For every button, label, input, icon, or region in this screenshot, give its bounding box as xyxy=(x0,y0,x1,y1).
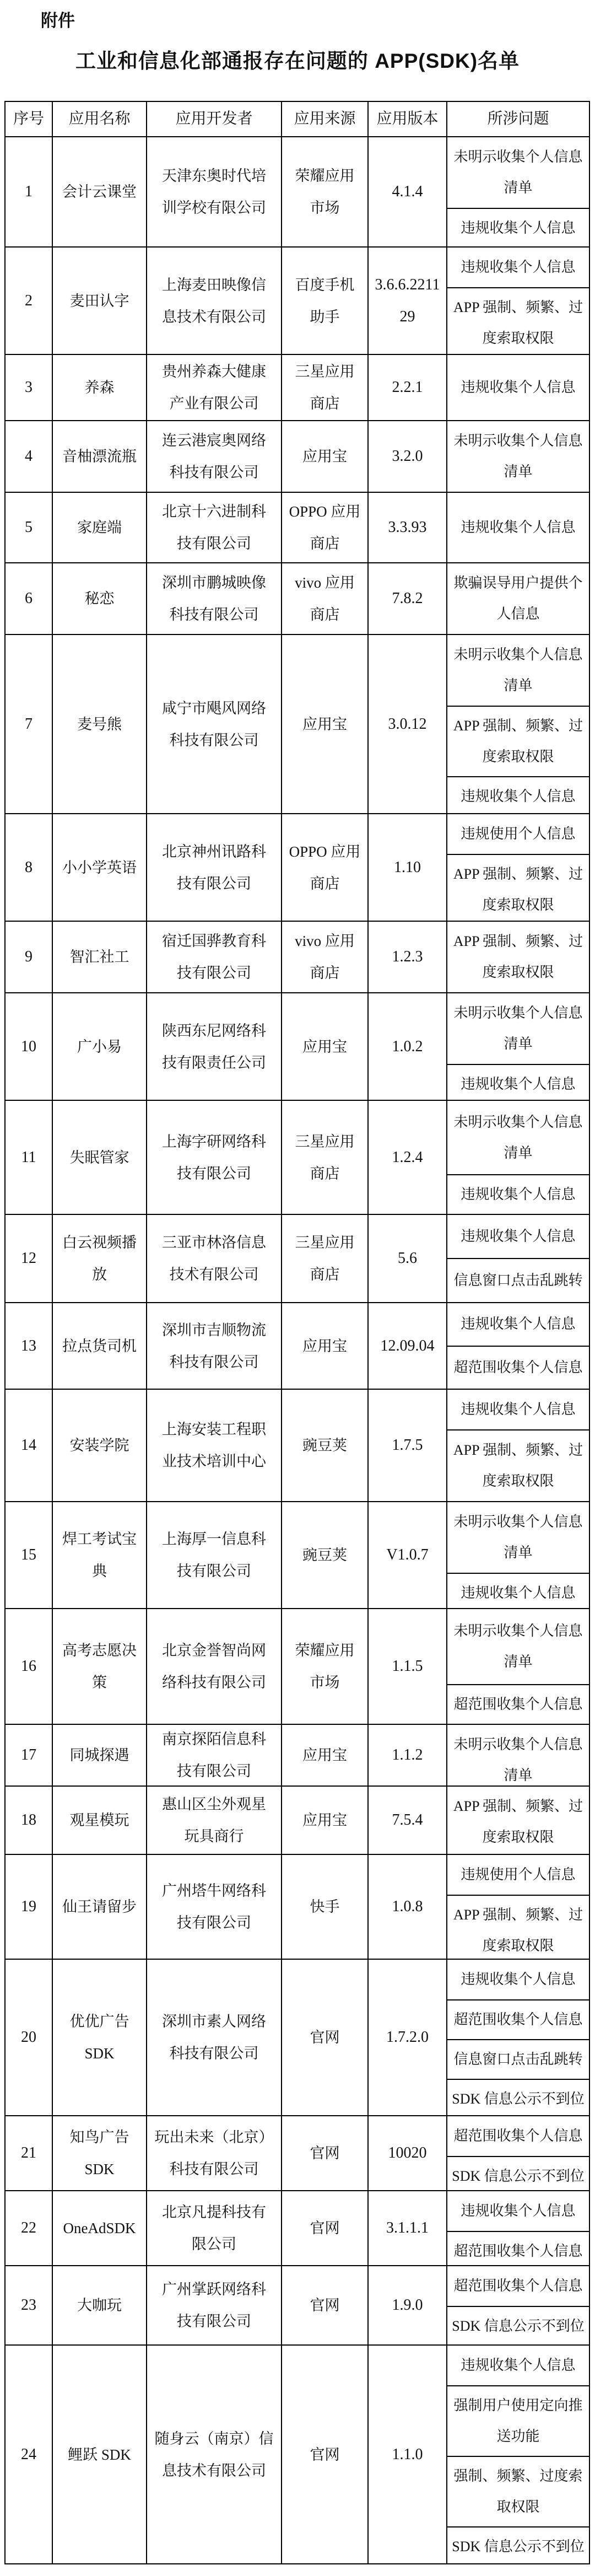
issue-item: 违规收集个人信息 xyxy=(447,1174,589,1214)
issues-cell: 违规收集个人信息超范围收集个人信息 xyxy=(446,1303,589,1389)
table-row: 16高考志愿决 策北京金誉智尚网 络科技有限公司荣耀应用 市场1.1.5未明示收… xyxy=(6,1608,589,1724)
cell-source: 百度手机 助手 xyxy=(281,248,367,354)
cell-version: 1.10 xyxy=(367,814,446,921)
cell-source: 三星应用 商店 xyxy=(281,1215,367,1302)
cell-developer: 上海厚一信息科 技有限公司 xyxy=(146,1502,281,1608)
table-row: 2麦田认字上海麦田映像信 息技术有限公司百度手机 助手3.6.6.2211 29… xyxy=(6,246,589,354)
header-cell-no: 序号 xyxy=(6,102,52,136)
issues-cell: 超范围收集个人信息SDK 信息公示不到位 xyxy=(446,2116,589,2190)
cell-version: 2.2.1 xyxy=(367,355,446,420)
issue-item: 违规收集个人信息 xyxy=(447,1215,589,1258)
issue-item: 超范围收集个人信息 xyxy=(447,1346,589,1389)
cell-developer: 深圳市鹏城映像 科技有限公司 xyxy=(146,563,281,634)
table-row: 7麦号熊咸宁市飓风网络 科技有限公司应用宝3.0.12未明示收集个人信息 清单A… xyxy=(6,634,589,813)
cell-version: 3.1.1.1 xyxy=(367,2191,446,2265)
issue-item: 违规收集个人信息 xyxy=(447,355,589,420)
table-row: 8小小学英语北京神州讯路科 技有限公司OPPO 应用 商店1.10违规使用个人信… xyxy=(6,813,589,921)
issue-item: 未明示收集个人信息 清单 xyxy=(447,993,589,1064)
issue-item: APP 强制、频繁、过 度索取权限 xyxy=(447,706,589,776)
issue-item: 违规使用个人信息 xyxy=(447,1855,589,1895)
cell-no: 10 xyxy=(6,993,52,1100)
cell-no: 22 xyxy=(6,2191,52,2265)
cell-app-name: OneAdSDK xyxy=(52,2191,146,2265)
table-row: 9智汇社工宿迁国骅教育科 技有限公司vivo 应用 商店1.2.3APP 强制、… xyxy=(6,921,589,992)
table-row: 12白云视频播 放三亚市林洛信息 技术有限公司三星应用 商店5.6违规收集个人信… xyxy=(6,1214,589,1302)
cell-source: 应用宝 xyxy=(281,635,367,813)
table-row: 23大咖玩广州掌跃网络科 技有限公司官网1.9.0超范围收集个人信息SDK 信息… xyxy=(6,2265,589,2344)
document-page: 附件 工业和信息化部通报存在问题的 APP(SDK)名单 序号 应用名称 应用开… xyxy=(0,0,595,2576)
cell-developer: 上海麦田映像信 息技术有限公司 xyxy=(146,248,281,354)
cell-app-name: 失眠管家 xyxy=(52,1101,146,1214)
cell-app-name: 观星模玩 xyxy=(52,1787,146,1854)
table-row: 20优优广告 SDK深圳市素人网络 科技有限公司官网1.7.2.0违规收集个人信… xyxy=(6,1959,589,2115)
issue-item: 违规收集个人信息 xyxy=(447,1064,589,1100)
issues-cell: 违规收集个人信息 xyxy=(446,493,589,562)
cell-source: 应用宝 xyxy=(281,421,367,492)
cell-developer: 天津东奥时代培 训学校有限公司 xyxy=(146,137,281,246)
cell-developer: 贵州养森大健康 产业有限公司 xyxy=(146,355,281,420)
cell-source: 应用宝 xyxy=(281,1787,367,1854)
cell-source: 应用宝 xyxy=(281,993,367,1100)
cell-app-name: 仙王请留步 xyxy=(52,1855,146,1959)
cell-no: 2 xyxy=(6,248,52,354)
issue-item: 违规收集个人信息 xyxy=(447,1573,589,1608)
issue-item: 违规收集个人信息 xyxy=(447,1303,589,1346)
issue-item: APP 强制、频繁、过 度索取权限 xyxy=(447,287,589,354)
cell-developer: 三亚市林洛信息 技术有限公司 xyxy=(146,1215,281,1302)
cell-no: 5 xyxy=(6,493,52,562)
cell-version: 1.2.4 xyxy=(367,1101,446,1214)
cell-developer: 咸宁市飓风网络 科技有限公司 xyxy=(146,635,281,813)
cell-version: 12.09.04 xyxy=(367,1303,446,1389)
cell-no: 16 xyxy=(6,1609,52,1724)
issue-item: 未明示收集个人信息 清单 xyxy=(447,137,589,208)
issues-cell: 违规收集个人信息APP 强制、频繁、过 度索取权限 xyxy=(446,1390,589,1501)
attachment-label: 附件 xyxy=(41,7,75,31)
issue-item: 违规收集个人信息 xyxy=(447,208,589,246)
cell-no: 4 xyxy=(6,421,52,492)
cell-source: 官网 xyxy=(281,2116,367,2190)
issue-item: APP 强制、频繁、过 度索取权限 xyxy=(447,922,589,992)
cell-version: 1.7.2.0 xyxy=(367,1960,446,2115)
issue-item: APP 强制、频繁、过 度索取权限 xyxy=(447,854,589,921)
cell-app-name: 知鸟广告 SDK xyxy=(52,2116,146,2190)
cell-developer: 北京凡提科技有 限公司 xyxy=(146,2191,281,2265)
cell-app-name: 拉点货司机 xyxy=(52,1303,146,1389)
cell-developer: 南京探陌信息科 技有限公司 xyxy=(146,1725,281,1786)
cell-version: 1.0.8 xyxy=(367,1855,446,1959)
cell-developer: 北京十六进制科 技有限公司 xyxy=(146,493,281,562)
cell-no: 14 xyxy=(6,1390,52,1501)
issues-cell: 未明示收集个人信息 清单 xyxy=(446,421,589,492)
issue-item: 未明示收集个人信息 清单 xyxy=(447,1101,589,1174)
cell-app-name: 会计云课堂 xyxy=(52,137,146,246)
cell-version: 3.3.93 xyxy=(367,493,446,562)
issue-item: 违规收集个人信息 xyxy=(447,248,589,287)
cell-version: 3.2.0 xyxy=(367,421,446,492)
issues-cell: 违规使用个人信息APP 强制、频繁、过 度索取权限 xyxy=(446,1855,589,1959)
table-row: 21知鸟广告 SDK玩出未来（北京） 科技有限公司官网10020超范围收集个人信… xyxy=(6,2115,589,2190)
issue-item: 违规收集个人信息 xyxy=(447,1390,589,1429)
cell-version: 4.1.4 xyxy=(367,137,446,246)
issue-item: 超范围收集个人信息 xyxy=(447,2231,589,2265)
issues-cell: 未明示收集个人信息 清单违规收集个人信息 xyxy=(446,1502,589,1608)
cell-developer: 广州掌跃网络科 技有限公司 xyxy=(146,2266,281,2344)
issue-item: 信息窗口点击乱跳转 xyxy=(447,1258,589,1302)
cell-source: 荣耀应用 市场 xyxy=(281,137,367,246)
cell-no: 7 xyxy=(6,635,52,813)
issue-item: 超范围收集个人信息 xyxy=(447,1999,589,2039)
issues-cell: 欺骗误导用户提供个 人信息 xyxy=(446,563,589,634)
cell-no: 12 xyxy=(6,1215,52,1302)
cell-no: 18 xyxy=(6,1787,52,1854)
cell-app-name: 高考志愿决 策 xyxy=(52,1609,146,1724)
issue-item: 未明示收集个人信息 清单 xyxy=(447,1502,589,1573)
cell-no: 11 xyxy=(6,1101,52,1214)
cell-app-name: 麦田认字 xyxy=(52,248,146,354)
table-row: 5家庭端北京十六进制科 技有限公司OPPO 应用 商店3.3.93违规收集个人信… xyxy=(6,492,589,562)
issue-item: SDK 信息公示不到位 xyxy=(447,2079,589,2115)
header-issues-label: 所涉问题 xyxy=(487,110,549,128)
cell-source: 三星应用 商店 xyxy=(281,1101,367,1214)
cell-source: OPPO 应用 商店 xyxy=(281,493,367,562)
issue-item: 超范围收集个人信息 xyxy=(447,2266,589,2306)
cell-app-name: 智汇社工 xyxy=(52,922,146,992)
issue-item: SDK 信息公示不到位 xyxy=(447,2306,589,2344)
issues-cell: 未明示收集个人信息 清单APP 强制、频繁、过 度索取权限违规收集个人信息 xyxy=(446,635,589,813)
issues-cell: 超范围收集个人信息SDK 信息公示不到位 xyxy=(446,2266,589,2344)
cell-app-name: 安装学院 xyxy=(52,1390,146,1501)
issues-cell: 未明示收集个人信息 清单违规收集个人信息 xyxy=(446,137,589,246)
issue-item: 未明示收集个人信息 清单 xyxy=(447,421,589,492)
cell-app-name: 鲤跃 SDK xyxy=(52,2346,146,2563)
cell-no: 3 xyxy=(6,355,52,420)
cell-source: vivo 应用 商店 xyxy=(281,563,367,634)
cell-developer: 宿迁国骅教育科 技有限公司 xyxy=(146,922,281,992)
cell-source: vivo 应用 商店 xyxy=(281,922,367,992)
issues-cell: 未明示收集个人信息 清单 xyxy=(446,1725,589,1786)
issue-item: 欺骗误导用户提供个 人信息 xyxy=(447,563,589,634)
table-row: 3养森贵州养森大健康 产业有限公司三星应用 商店2.2.1违规收集个人信息 xyxy=(6,354,589,420)
cell-app-name: 大咖玩 xyxy=(52,2266,146,2344)
cell-version: 1.7.5 xyxy=(367,1390,446,1501)
cell-app-name: 同城探遇 xyxy=(52,1725,146,1786)
cell-version: 1.9.0 xyxy=(367,2266,446,2344)
cell-source: 官网 xyxy=(281,2191,367,2265)
table-row: 19仙王请留步广州塔牛网络科 技有限公司快手1.0.8违规使用个人信息APP 强… xyxy=(6,1854,589,1959)
issue-item: SDK 信息公示不到位 xyxy=(447,2156,589,2190)
cell-version: V1.0.7 xyxy=(367,1502,446,1608)
issue-item: 强制、频繁、过度索 取权限 xyxy=(447,2456,589,2526)
cell-developer: 陕西东尼网络科 技有限责任公司 xyxy=(146,993,281,1100)
cell-source: 官网 xyxy=(281,2266,367,2344)
table-row: 4音柚漂流瓶连云港宸奥网络 科技有限公司应用宝3.2.0未明示收集个人信息 清单 xyxy=(6,420,589,492)
cell-app-name: 养森 xyxy=(52,355,146,420)
header-cell-issues: 所涉问题 xyxy=(446,102,589,136)
cell-developer: 北京金誉智尚网 络科技有限公司 xyxy=(146,1609,281,1724)
issues-cell: 违规收集个人信息超范围收集个人信息信息窗口点击乱跳转SDK 信息公示不到位 xyxy=(446,1960,589,2115)
cell-developer: 惠山区尘外观星 玩具商行 xyxy=(146,1787,281,1854)
cell-developer: 广州塔牛网络科 技有限公司 xyxy=(146,1855,281,1959)
cell-app-name: 焊工考试宝 典 xyxy=(52,1502,146,1608)
issue-item: APP 强制、频繁、过 度索取权限 xyxy=(447,1787,589,1854)
cell-no: 13 xyxy=(6,1303,52,1389)
cell-no: 20 xyxy=(6,1960,52,2115)
issues-cell: 违规使用个人信息APP 强制、频繁、过 度索取权限 xyxy=(446,814,589,921)
issue-item: 未明示收集个人信息 清单 xyxy=(447,635,589,706)
cell-app-name: 小小学英语 xyxy=(52,814,146,921)
header-cell-version: 应用版本 xyxy=(367,102,446,136)
cell-developer: 玩出未来（北京） 科技有限公司 xyxy=(146,2116,281,2190)
issue-item: 违规收集个人信息 xyxy=(447,1960,589,1999)
cell-app-name: 白云视频播 放 xyxy=(52,1215,146,1302)
issue-item: 未明示收集个人信息 清单 xyxy=(447,1725,589,1786)
app-list-table: 序号 应用名称 应用开发者 应用来源 应用版本 所涉问题 1会计云课堂天津东奥时… xyxy=(4,101,590,2564)
cell-version: 1.1.2 xyxy=(367,1725,446,1786)
cell-developer: 北京神州讯路科 技有限公司 xyxy=(146,814,281,921)
cell-developer: 深圳市吉顺物流 科技有限公司 xyxy=(146,1303,281,1389)
issues-cell: APP 强制、频繁、过 度索取权限 xyxy=(446,1787,589,1854)
cell-source: 应用宝 xyxy=(281,1303,367,1389)
cell-version: 1.1.0 xyxy=(367,2346,446,2563)
issue-item: 强制用户使用定向推 送功能 xyxy=(447,2385,589,2456)
cell-developer: 上海安装工程职 业技术培训中心 xyxy=(146,1390,281,1501)
issues-cell: 违规收集个人信息超范围收集个人信息 xyxy=(446,2191,589,2265)
issue-item: 违规收集个人信息 xyxy=(447,493,589,562)
cell-no: 17 xyxy=(6,1725,52,1786)
table-row: 15焊工考试宝 典上海厚一信息科 技有限公司豌豆荚V1.0.7未明示收集个人信息… xyxy=(6,1501,589,1608)
cell-no: 23 xyxy=(6,2266,52,2344)
header-cell-developer: 应用开发者 xyxy=(146,102,281,136)
issue-item: 违规收集个人信息 xyxy=(447,776,589,813)
cell-no: 24 xyxy=(6,2346,52,2563)
cell-source: 豌豆荚 xyxy=(281,1390,367,1501)
issues-cell: 未明示收集个人信息 清单违规收集个人信息 xyxy=(446,993,589,1100)
cell-developer: 连云港宸奥网络 科技有限公司 xyxy=(146,421,281,492)
cell-no: 19 xyxy=(6,1855,52,1959)
page-title: 工业和信息化部通报存在问题的 APP(SDK)名单 xyxy=(0,44,595,74)
cell-version: 1.0.2 xyxy=(367,993,446,1100)
table-header-row: 序号 应用名称 应用开发者 应用来源 应用版本 所涉问题 xyxy=(6,102,589,136)
issue-item: 未明示收集个人信息 清单 xyxy=(447,1609,589,1684)
cell-version: 1.2.3 xyxy=(367,922,446,992)
cell-developer: 随身云（南京）信 息技术有限公司 xyxy=(146,2346,281,2563)
issues-cell: 违规收集个人信息强制用户使用定向推 送功能强制、频繁、过度索 取权限SDK 信息… xyxy=(446,2346,589,2563)
table-row: 24鲤跃 SDK随身云（南京）信 息技术有限公司官网1.1.0违规收集个人信息强… xyxy=(6,2344,589,2563)
header-cell-source: 应用来源 xyxy=(281,102,367,136)
cell-source: 豌豆荚 xyxy=(281,1502,367,1608)
issue-item: APP 强制、频繁、过 度索取权限 xyxy=(447,1895,589,1959)
cell-developer: 深圳市素人网络 科技有限公司 xyxy=(146,1960,281,2115)
cell-source: 快手 xyxy=(281,1855,367,1959)
table-row: 11失眠管家上海字研网络科 技有限公司三星应用 商店1.2.4未明示收集个人信息… xyxy=(6,1100,589,1214)
cell-no: 15 xyxy=(6,1502,52,1608)
cell-version: 1.1.5 xyxy=(367,1609,446,1724)
issues-cell: APP 强制、频繁、过 度索取权限 xyxy=(446,922,589,992)
table-row: 17同城探遇南京探陌信息科 技有限公司应用宝1.1.2未明示收集个人信息 清单 xyxy=(6,1724,589,1786)
cell-app-name: 音柚漂流瓶 xyxy=(52,421,146,492)
cell-no: 1 xyxy=(6,137,52,246)
issue-item: 超范围收集个人信息 xyxy=(447,1684,589,1724)
cell-app-name: 优优广告 SDK xyxy=(52,1960,146,2115)
table-row: 10广小易陕西东尼网络科 技有限责任公司应用宝1.0.2未明示收集个人信息 清单… xyxy=(6,992,589,1100)
cell-developer: 上海字研网络科 技有限公司 xyxy=(146,1101,281,1214)
cell-version: 7.5.4 xyxy=(367,1787,446,1854)
issue-item: 违规收集个人信息 xyxy=(447,2191,589,2231)
issue-item: APP 强制、频繁、过 度索取权限 xyxy=(447,1429,589,1501)
issues-cell: 违规收集个人信息 xyxy=(446,355,589,420)
cell-source: 三星应用 商店 xyxy=(281,355,367,420)
cell-no: 9 xyxy=(6,922,52,992)
issue-item: SDK 信息公示不到位 xyxy=(447,2526,589,2563)
cell-app-name: 广小易 xyxy=(52,993,146,1100)
table-row: 6秘恋深圳市鹏城映像 科技有限公司vivo 应用 商店7.8.2欺骗误导用户提供… xyxy=(6,562,589,634)
cell-no: 8 xyxy=(6,814,52,921)
cell-source: OPPO 应用 商店 xyxy=(281,814,367,921)
cell-version: 7.8.2 xyxy=(367,563,446,634)
issue-item: 信息窗口点击乱跳转 xyxy=(447,2039,589,2079)
cell-no: 21 xyxy=(6,2116,52,2190)
issue-item: 违规使用个人信息 xyxy=(447,814,589,854)
table-row: 13拉点货司机深圳市吉顺物流 科技有限公司应用宝12.09.04违规收集个人信息… xyxy=(6,1302,589,1389)
table-row: 1会计云课堂天津东奥时代培 训学校有限公司荣耀应用 市场4.1.4未明示收集个人… xyxy=(6,136,589,246)
issues-cell: 未明示收集个人信息 清单超范围收集个人信息 xyxy=(446,1609,589,1724)
issues-cell: 违规收集个人信息信息窗口点击乱跳转 xyxy=(446,1215,589,1302)
cell-version: 10020 xyxy=(367,2116,446,2190)
table-row: 22OneAdSDK北京凡提科技有 限公司官网3.1.1.1违规收集个人信息超范… xyxy=(6,2190,589,2265)
issues-cell: 违规收集个人信息APP 强制、频繁、过 度索取权限 xyxy=(446,248,589,354)
cell-source: 荣耀应用 市场 xyxy=(281,1609,367,1724)
cell-no: 6 xyxy=(6,563,52,634)
cell-app-name: 秘恋 xyxy=(52,563,146,634)
header-cell-app-name: 应用名称 xyxy=(52,102,146,136)
cell-version: 3.0.12 xyxy=(367,635,446,813)
table-row: 14安装学院上海安装工程职 业技术培训中心豌豆荚1.7.5违规收集个人信息APP… xyxy=(6,1389,589,1501)
issues-cell: 未明示收集个人信息 清单违规收集个人信息 xyxy=(446,1101,589,1214)
cell-version: 5.6 xyxy=(367,1215,446,1302)
issue-item: 违规收集个人信息 xyxy=(447,2346,589,2385)
issue-item: 超范围收集个人信息 xyxy=(447,2116,589,2156)
cell-source: 应用宝 xyxy=(281,1725,367,1786)
cell-source: 官网 xyxy=(281,2346,367,2563)
cell-source: 官网 xyxy=(281,1960,367,2115)
cell-version: 3.6.6.2211 29 xyxy=(367,248,446,354)
table-row: 18观星模玩惠山区尘外观星 玩具商行应用宝7.5.4APP 强制、频繁、过 度索… xyxy=(6,1786,589,1854)
cell-app-name: 家庭端 xyxy=(52,493,146,562)
cell-app-name: 麦号熊 xyxy=(52,635,146,813)
